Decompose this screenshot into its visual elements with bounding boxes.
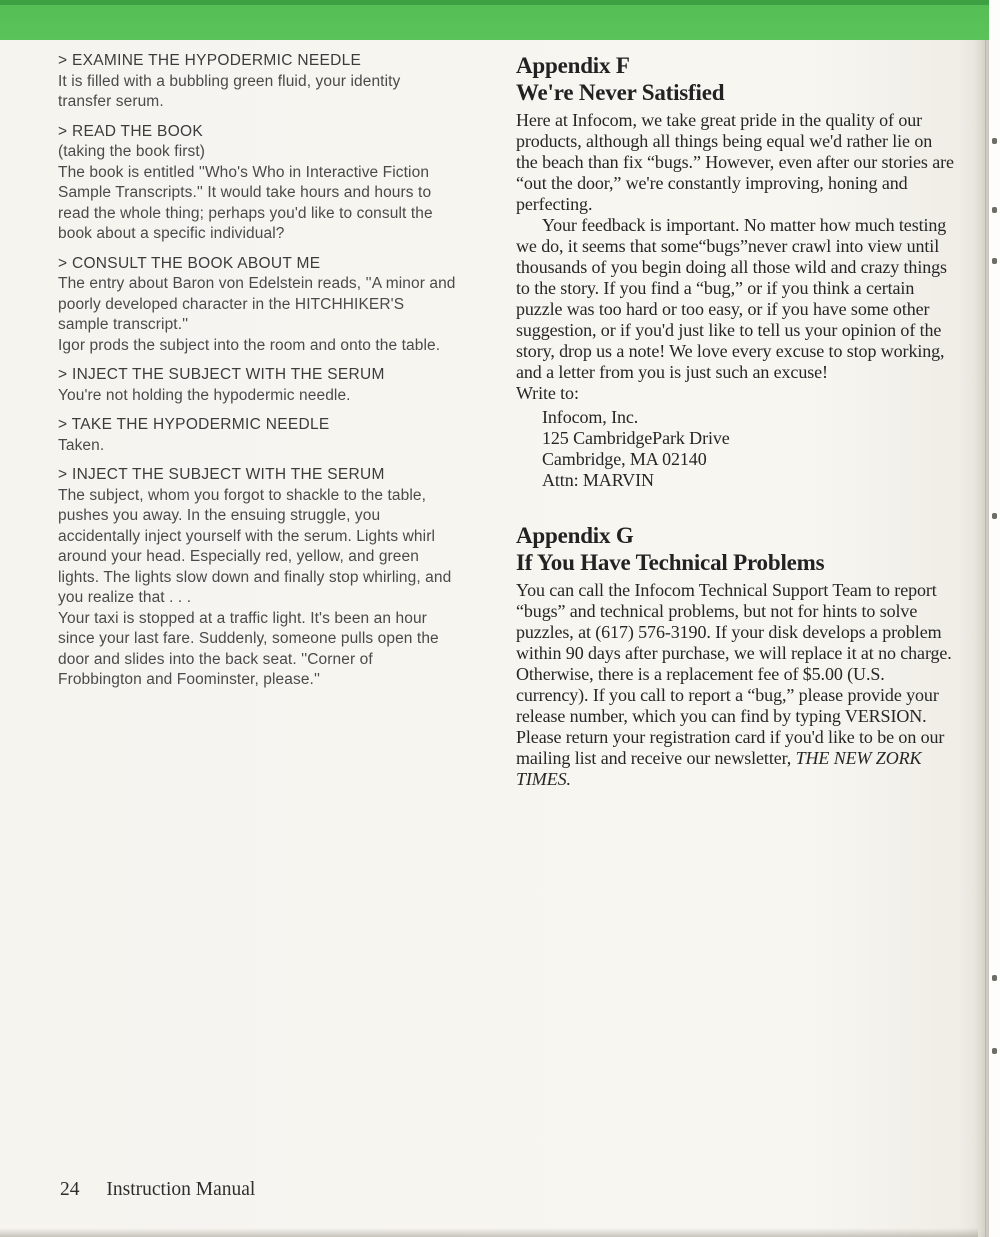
manual-page: > EXAMINE THE HYPODERMIC NEEDLE It is fi… <box>0 0 989 1237</box>
address-line: Infocom, Inc. <box>542 407 954 428</box>
address-line: 125 CambridgePark Drive <box>542 428 954 449</box>
address-line: Attn: MARVIN <box>542 470 954 491</box>
appendix-f-write-to: Write to: <box>516 383 954 404</box>
appendix-f-section: Appendix F We're Never Satisfied Here at… <box>516 52 954 491</box>
transcript-response: The entry about Baron von Edelstein read… <box>58 274 458 336</box>
transcript-response: Taken. <box>58 436 458 457</box>
transcript-section: > CONSULT THE BOOK ABOUT ME The entry ab… <box>58 254 458 357</box>
transcript-section: > EXAMINE THE HYPODERMIC NEEDLE It is fi… <box>58 51 458 113</box>
transcript-section: > INJECT THE SUBJECT WITH THE SERUM The … <box>58 465 458 691</box>
transcript-response: Igor prods the subject into the room and… <box>58 336 458 357</box>
appendix-f-paragraph-2: Your feedback is important. No matter ho… <box>516 215 954 383</box>
transcript-command: > INJECT THE SUBJECT WITH THE SERUM <box>58 465 458 486</box>
transcript-command: > EXAMINE THE HYPODERMIC NEEDLE <box>58 51 458 72</box>
appendix-g-paragraph: You can call the Infocom Technical Suppo… <box>516 580 954 790</box>
page-bottom-edge-shadow <box>0 1228 978 1237</box>
transcript-response: Your taxi is stopped at a traffic light.… <box>58 609 458 691</box>
transcript-column: > EXAMINE THE HYPODERMIC NEEDLE It is fi… <box>58 51 458 691</box>
appendices-column: Appendix F We're Never Satisfied Here at… <box>516 52 954 790</box>
transcript-response: It is filled with a bubbling green fluid… <box>58 72 458 113</box>
page-right-edge <box>985 40 986 1237</box>
binding-mark <box>992 207 997 213</box>
transcript-command: > TAKE THE HYPODERMIC NEEDLE <box>58 415 458 436</box>
footer-label: Instruction Manual <box>106 1179 255 1201</box>
appendix-f-heading-line2: We're Never Satisfied <box>516 79 954 106</box>
transcript-response: The subject, whom you forgot to shackle … <box>58 486 458 609</box>
binding-mark <box>992 975 997 981</box>
transcript-response: The book is entitled ''Who's Who in Inte… <box>58 163 458 245</box>
page-number: 24 <box>60 1179 80 1201</box>
appendix-g-section: Appendix G If You Have Technical Problem… <box>516 522 954 790</box>
transcript-section: > INJECT THE SUBJECT WITH THE SERUM You'… <box>58 365 458 406</box>
binding-mark <box>992 1048 997 1054</box>
binding-mark <box>992 138 997 144</box>
appendix-g-heading-line2: If You Have Technical Problems <box>516 549 954 576</box>
address-line: Cambridge, MA 02140 <box>542 449 954 470</box>
infocom-address-block: Infocom, Inc. 125 CambridgePark Drive Ca… <box>542 407 954 491</box>
transcript-section: > READ THE BOOK (taking the book first) … <box>58 122 458 245</box>
appendix-f-paragraph-1: Here at Infocom, we take great pride in … <box>516 110 954 215</box>
page-footer: 24 Instruction Manual <box>60 1179 255 1201</box>
binding-mark <box>992 258 997 264</box>
transcript-command: > CONSULT THE BOOK ABOUT ME <box>58 254 458 275</box>
binding-mark <box>992 513 997 519</box>
transcript-command: > INJECT THE SUBJECT WITH THE SERUM <box>58 365 458 386</box>
transcript-command: > READ THE BOOK <box>58 122 458 143</box>
appendix-g-paragraph-text: You can call the Infocom Technical Suppo… <box>516 580 952 768</box>
transcript-section: > TAKE THE HYPODERMIC NEEDLE Taken. <box>58 415 458 456</box>
appendix-g-heading-line1: Appendix G <box>516 522 954 549</box>
appendix-g-heading: Appendix G If You Have Technical Problem… <box>516 522 954 576</box>
appendix-f-heading: Appendix F We're Never Satisfied <box>516 52 954 106</box>
transcript-response: You're not holding the hypodermic needle… <box>58 386 458 407</box>
transcript-response: (taking the book first) <box>58 142 458 163</box>
appendix-f-heading-line1: Appendix F <box>516 52 954 79</box>
page-top-green-band <box>0 0 989 40</box>
